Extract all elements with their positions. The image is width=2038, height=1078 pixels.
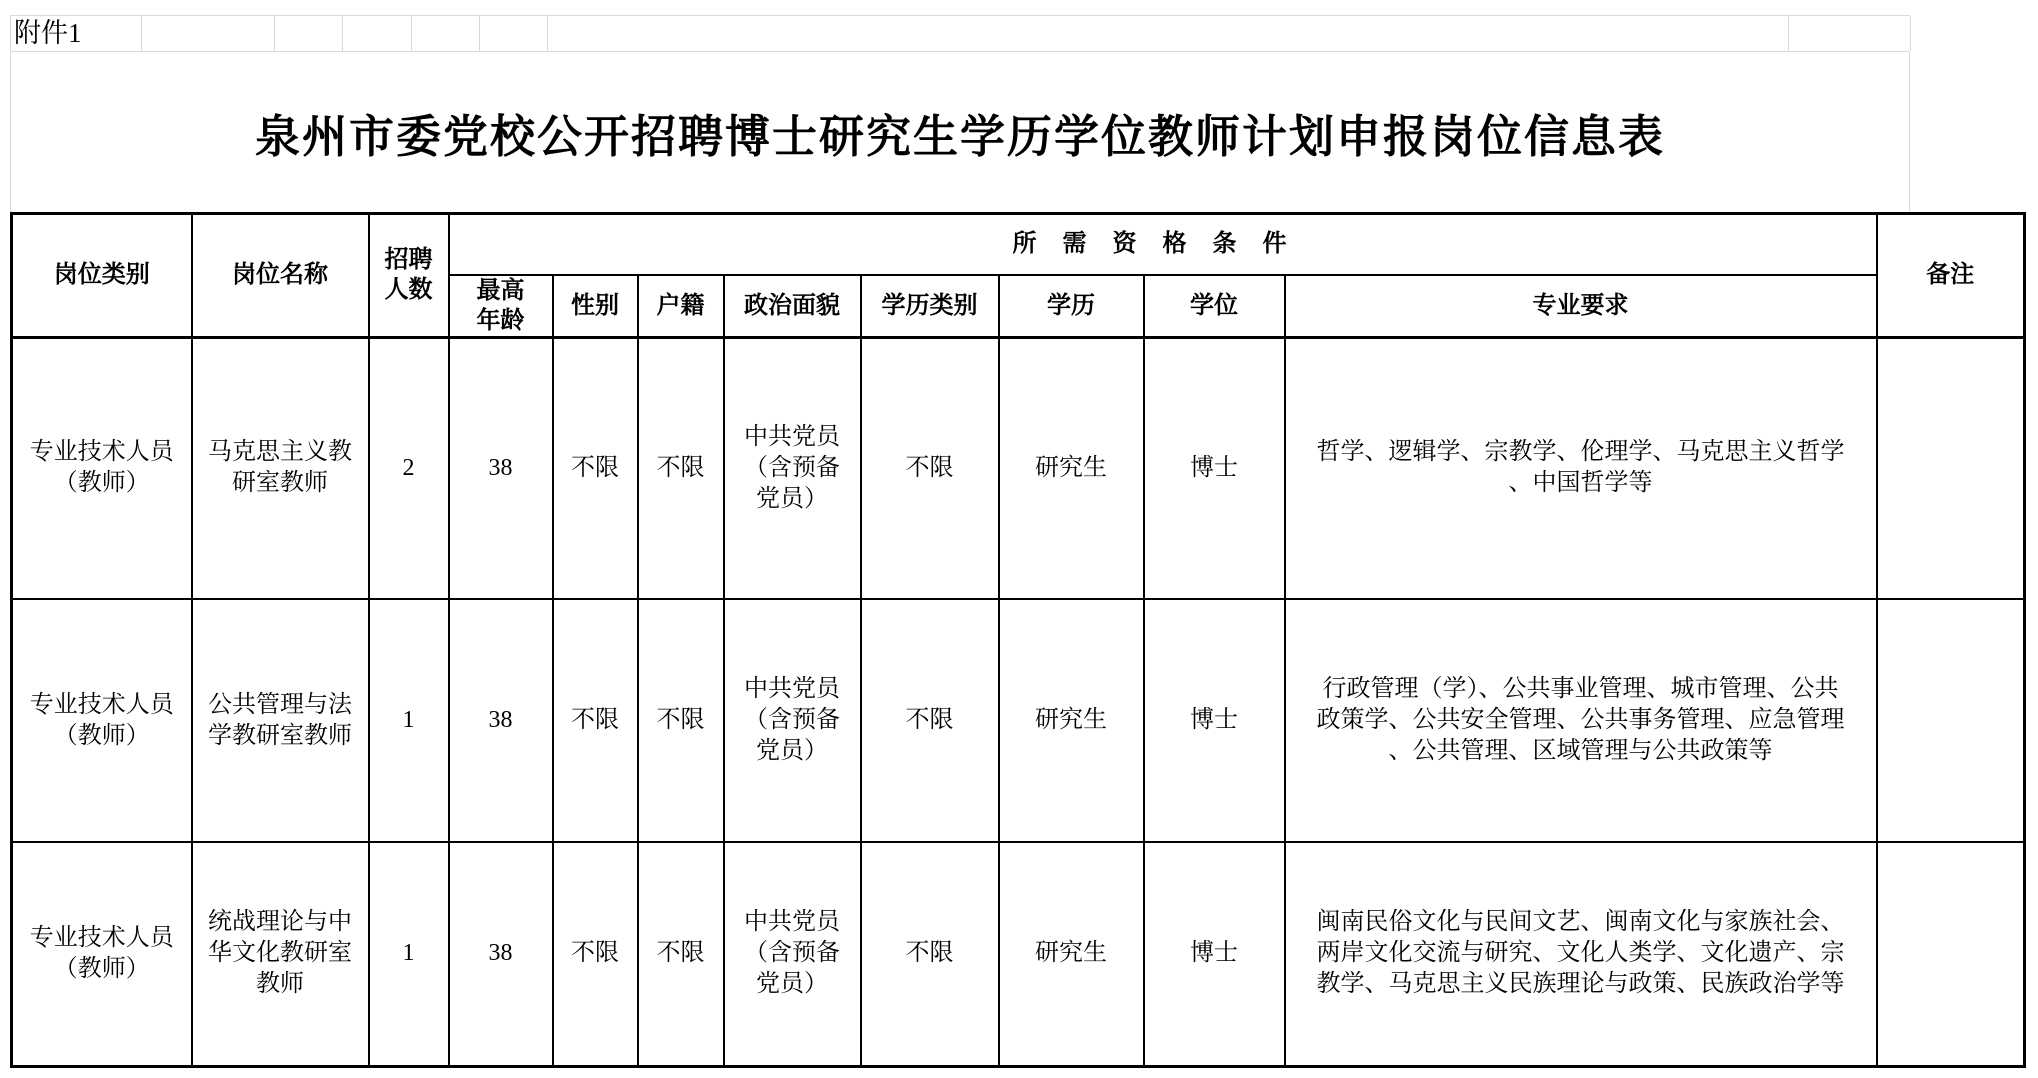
attachment-label: 附件1 [11, 16, 141, 50]
cell-major-requirements: 哲学、逻辑学、宗教学、伦理学、马克思主义哲学 、中国哲学等 [1285, 337, 1877, 599]
header-col-max-age: 最高 年龄 [449, 275, 553, 338]
cell-degree: 博士 [1144, 599, 1285, 842]
header-col-education-type: 学历类别 [861, 275, 999, 338]
cell-household: 不限 [638, 337, 724, 599]
cell-recruit-count: 1 [369, 599, 449, 842]
cell-position-name: 公共管理与法 学教研室教师 [192, 599, 369, 842]
cell-recruit-count: 1 [369, 842, 449, 1066]
header-col-remarks: 备注 [1877, 214, 2025, 338]
cell-remarks [1877, 842, 2025, 1066]
header-col-category: 岗位类别 [12, 214, 192, 338]
grid-cell [548, 16, 1789, 51]
grid-cell [275, 16, 343, 51]
grid-cell [142, 16, 275, 51]
cell-major-requirements: 行政管理（学）、公共事业管理、城市管理、公共 政策学、公共安全管理、公共事务管理… [1285, 599, 1877, 842]
cell-political-status: 中共党员 （含预备 党员） [724, 842, 861, 1066]
cell-gender: 不限 [553, 337, 638, 599]
cell-education: 研究生 [999, 337, 1144, 599]
table-row: 专业技术人员 （教师） 马克思主义教 研室教师 2 38 不限 不限 中共党员 … [12, 337, 2025, 599]
table-row: 专业技术人员 （教师） 公共管理与法 学教研室教师 1 38 不限 不限 中共党… [12, 599, 2025, 842]
page-title: 泉州市委党校公开招聘博士研究生学历学位教师计划申报岗位信息表 [255, 100, 1665, 165]
header-col-education: 学历 [999, 275, 1144, 338]
header-col-degree: 学位 [1144, 275, 1285, 338]
cell-max-age: 38 [449, 337, 553, 599]
cell-remarks [1877, 337, 2025, 599]
cell-gender: 不限 [553, 599, 638, 842]
cell-degree: 博士 [1144, 337, 1285, 599]
cell-remarks [1877, 599, 2025, 842]
spreadsheet-grid-strip: 附件1 [10, 15, 1910, 52]
header-col-major-requirements: 专业要求 [1285, 275, 1877, 338]
header-col-recruit-count: 招聘 人数 [369, 214, 449, 338]
header-col-household: 户籍 [638, 275, 724, 338]
cell-education-type: 不限 [861, 337, 999, 599]
document-page: 附件1 泉州市委党校公开招聘博士研究生学历学位教师计划申报岗位信息表 岗位类别 … [0, 0, 2038, 1078]
cell-degree: 博士 [1144, 842, 1285, 1066]
cell-household: 不限 [638, 842, 724, 1066]
cell-category: 专业技术人员 （教师） [12, 599, 192, 842]
positions-table: 岗位类别 岗位名称 招聘 人数 所需资格条件 备注 最高 年龄 性别 户籍 政治… [10, 212, 2026, 1068]
cell-household: 不限 [638, 599, 724, 842]
cell-education-type: 不限 [861, 842, 999, 1066]
grid-cell: 附件1 [11, 16, 142, 51]
header-group-qualifications: 所需资格条件 [449, 214, 1877, 275]
cell-category: 专业技术人员 （教师） [12, 842, 192, 1066]
grid-cell [1789, 16, 1911, 51]
cell-political-status: 中共党员 （含预备 党员） [724, 599, 861, 842]
cell-recruit-count: 2 [369, 337, 449, 599]
header-col-political-status: 政治面貌 [724, 275, 861, 338]
cell-category: 专业技术人员 （教师） [12, 337, 192, 599]
cell-position-name: 马克思主义教 研室教师 [192, 337, 369, 599]
cell-max-age: 38 [449, 599, 553, 842]
header-col-position-name: 岗位名称 [192, 214, 369, 338]
table-row: 专业技术人员 （教师） 统战理论与中 华文化教研室 教师 1 38 不限 不限 … [12, 842, 2025, 1066]
header-col-gender: 性别 [553, 275, 638, 338]
cell-max-age: 38 [449, 842, 553, 1066]
grid-cell [480, 16, 548, 51]
cell-position-name: 统战理论与中 华文化教研室 教师 [192, 842, 369, 1066]
cell-major-requirements: 闽南民俗文化与民间文艺、闽南文化与家族社会、 两岸文化交流与研究、文化人类学、文… [1285, 842, 1877, 1066]
cell-political-status: 中共党员 （含预备 党员） [724, 337, 861, 599]
grid-cell [412, 16, 480, 51]
cell-education-type: 不限 [861, 599, 999, 842]
cell-education: 研究生 [999, 842, 1144, 1066]
title-area: 泉州市委党校公开招聘博士研究生学历学位教师计划申报岗位信息表 [10, 52, 1910, 212]
grid-cell [343, 16, 412, 51]
cell-education: 研究生 [999, 599, 1144, 842]
cell-gender: 不限 [553, 842, 638, 1066]
